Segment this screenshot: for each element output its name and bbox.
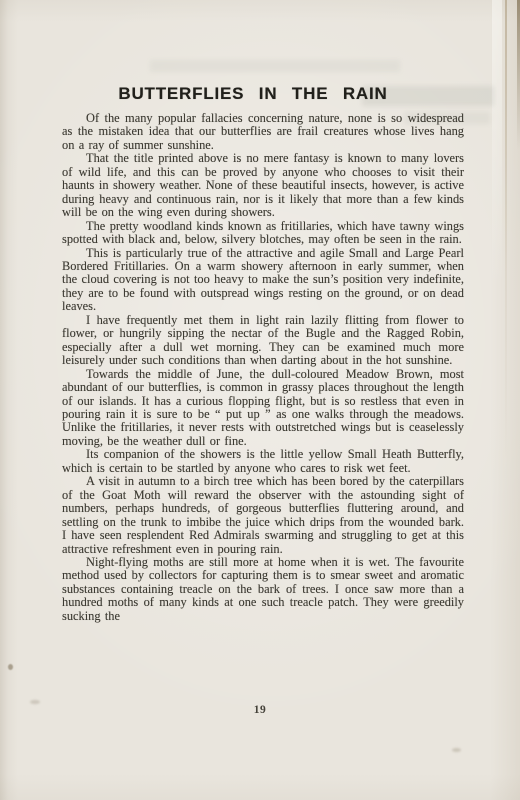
paragraph: I have frequently met them in light rain… <box>62 314 464 368</box>
paragraph: A visit in autumn to a birch tree which … <box>62 475 464 556</box>
paragraph: Towards the middle of June, the dull-col… <box>62 368 464 449</box>
paragraph: This is particularly true of the attract… <box>62 247 464 314</box>
paragraph: That the title printed above is no mere … <box>62 152 464 219</box>
paragraph: Of the many popular fallacies concerning… <box>62 112 464 152</box>
show-through-mark <box>150 60 400 72</box>
paragraph: The pretty woodland kinds known as friti… <box>62 220 464 247</box>
page-number: 19 <box>0 704 520 716</box>
paper-speck <box>452 748 461 752</box>
page-edge-highlight <box>492 0 502 320</box>
paragraph: Night-flying moths are still more at hom… <box>62 556 464 623</box>
paragraph: Its companion of the showers is the litt… <box>62 448 464 475</box>
scanned-book-page: BUTTERFLIES IN THE RAIN Of the many popu… <box>0 0 520 800</box>
paper-speck <box>8 664 13 670</box>
page-title: BUTTERFLIES IN THE RAIN <box>0 84 506 104</box>
body-text: Of the many popular fallacies concerning… <box>62 112 464 623</box>
page-edge-crease <box>505 0 507 460</box>
